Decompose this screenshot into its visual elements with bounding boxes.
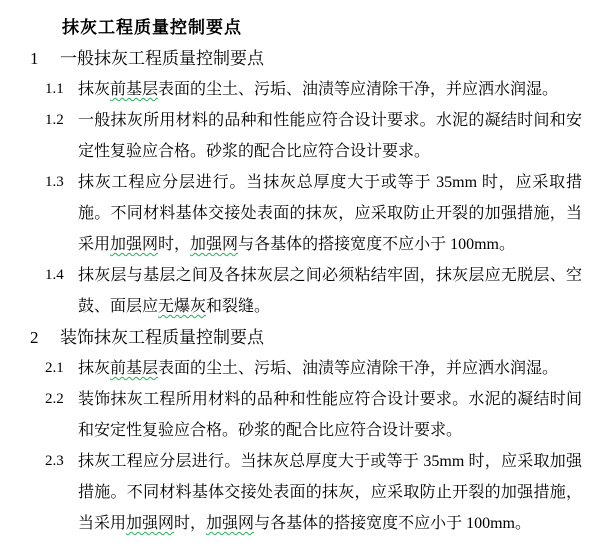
clause-2-2: 2.2装饰抹灰工程所用材料的品种和性能应符合设计要求。水泥的凝结时间和安定性复验… bbox=[78, 384, 582, 446]
misspelled-text-run: 无爆灰 bbox=[158, 298, 206, 315]
text-run: 与各基体的搭接宽度不应小于 bbox=[238, 236, 450, 253]
text-run: 抹灰 bbox=[78, 360, 110, 377]
text-run: 与各基体的搭接宽度不应小于 bbox=[254, 515, 466, 532]
text-run: 装饰抹灰工程所用材料的品种和性能应符合设计要求。水泥的凝结时间和安定性复验应合格… bbox=[78, 391, 582, 439]
clause-2-1: 2.1抹灰前基层表面的尘土、污垢、油渍等应清除干净，并应洒水润湿。 bbox=[78, 353, 582, 384]
text-run: 表面的尘土、污垢、油渍等应清除干净，并应洒水润湿。 bbox=[158, 81, 558, 98]
text-run: 和裂缝。 bbox=[206, 298, 270, 315]
measurement-value: 35mm bbox=[436, 174, 477, 191]
text-run: 时， bbox=[174, 515, 206, 532]
text-run: 时， bbox=[158, 236, 190, 253]
document-title: 抹灰工程质量控制要点 bbox=[62, 12, 582, 43]
clause-1-2-number: 1.2 bbox=[45, 105, 64, 136]
section-1-number: 1 bbox=[30, 43, 39, 74]
clause-2-1-number: 2.1 bbox=[45, 353, 64, 384]
clause-2-3: 2.3抹灰工程应分层进行。当抹灰总厚度大于或等于 35mm 时，应采取加强措施。… bbox=[78, 446, 582, 539]
text-run: 抹灰层与基层之间及各抹灰层之间必须粘结牢固，抹灰层应无脱层、空鼓、面层应 bbox=[78, 267, 582, 315]
misspelled-text-run: 加强网 bbox=[110, 236, 158, 253]
misspelled-text-run: 加强网 bbox=[190, 236, 238, 253]
section-1-heading-text: 一般抹灰工程质量控制要点 bbox=[60, 49, 264, 68]
clause-1-2: 1.2一般抹灰所用材料的品种和性能应符合设计要求。水泥的凝结时间和安定性复验应合… bbox=[78, 105, 582, 167]
text-run: 。 bbox=[499, 236, 515, 253]
clause-1-3: 1.3抹灰工程应分层进行。当抹灰总厚度大于或等于 35mm 时，应采取措施。不同… bbox=[78, 167, 582, 260]
clause-1-1: 1.1抹灰前基层表面的尘土、污垢、油渍等应清除干净，并应洒水润湿。 bbox=[78, 74, 582, 105]
section-1-heading: 1 一般抹灰工程质量控制要点 bbox=[60, 43, 582, 74]
text-run: 表面的尘土、污垢、油渍等应清除干净，并应洒水润湿。 bbox=[158, 360, 558, 377]
section-2-number: 2 bbox=[30, 322, 39, 353]
clause-1-3-number: 1.3 bbox=[45, 167, 64, 198]
text-run: 抹灰工程应分层进行。当抹灰总厚度大于或等于 bbox=[78, 174, 436, 191]
misspelled-text-run: 前基层 bbox=[110, 360, 158, 377]
measurement-value: 100mm bbox=[450, 236, 499, 253]
measurement-value: 100mm bbox=[466, 515, 515, 532]
text-run: 抹灰 bbox=[78, 81, 110, 98]
misspelled-text-run: 加强网 bbox=[206, 515, 254, 532]
text-run: 。 bbox=[515, 515, 531, 532]
section-2-heading: 2 装饰抹灰工程质量控制要点 bbox=[60, 322, 582, 353]
clause-1-4-number: 1.4 bbox=[45, 260, 64, 291]
clause-2-2-number: 2.2 bbox=[45, 384, 64, 415]
clause-1-1-number: 1.1 bbox=[45, 74, 64, 105]
section-2-heading-text: 装饰抹灰工程质量控制要点 bbox=[60, 328, 264, 347]
text-run: 一般抹灰所用材料的品种和性能应符合设计要求。水泥的凝结时间和安定性复验应合格。砂… bbox=[78, 112, 582, 160]
text-run: 抹灰工程应分层进行。当抹灰总厚度大于或等于 bbox=[78, 453, 423, 470]
clause-1-4: 1.4抹灰层与基层之间及各抹灰层之间必须粘结牢固，抹灰层应无脱层、空鼓、面层应无… bbox=[78, 260, 582, 322]
clause-2-3-number: 2.3 bbox=[45, 446, 64, 477]
document-page: 抹灰工程质量控制要点 1 一般抹灰工程质量控制要点 1.1抹灰前基层表面的尘土、… bbox=[0, 0, 616, 539]
measurement-value: 35mm bbox=[423, 453, 464, 470]
misspelled-text-run: 前基层 bbox=[110, 81, 158, 98]
misspelled-text-run: 加强网 bbox=[126, 515, 174, 532]
